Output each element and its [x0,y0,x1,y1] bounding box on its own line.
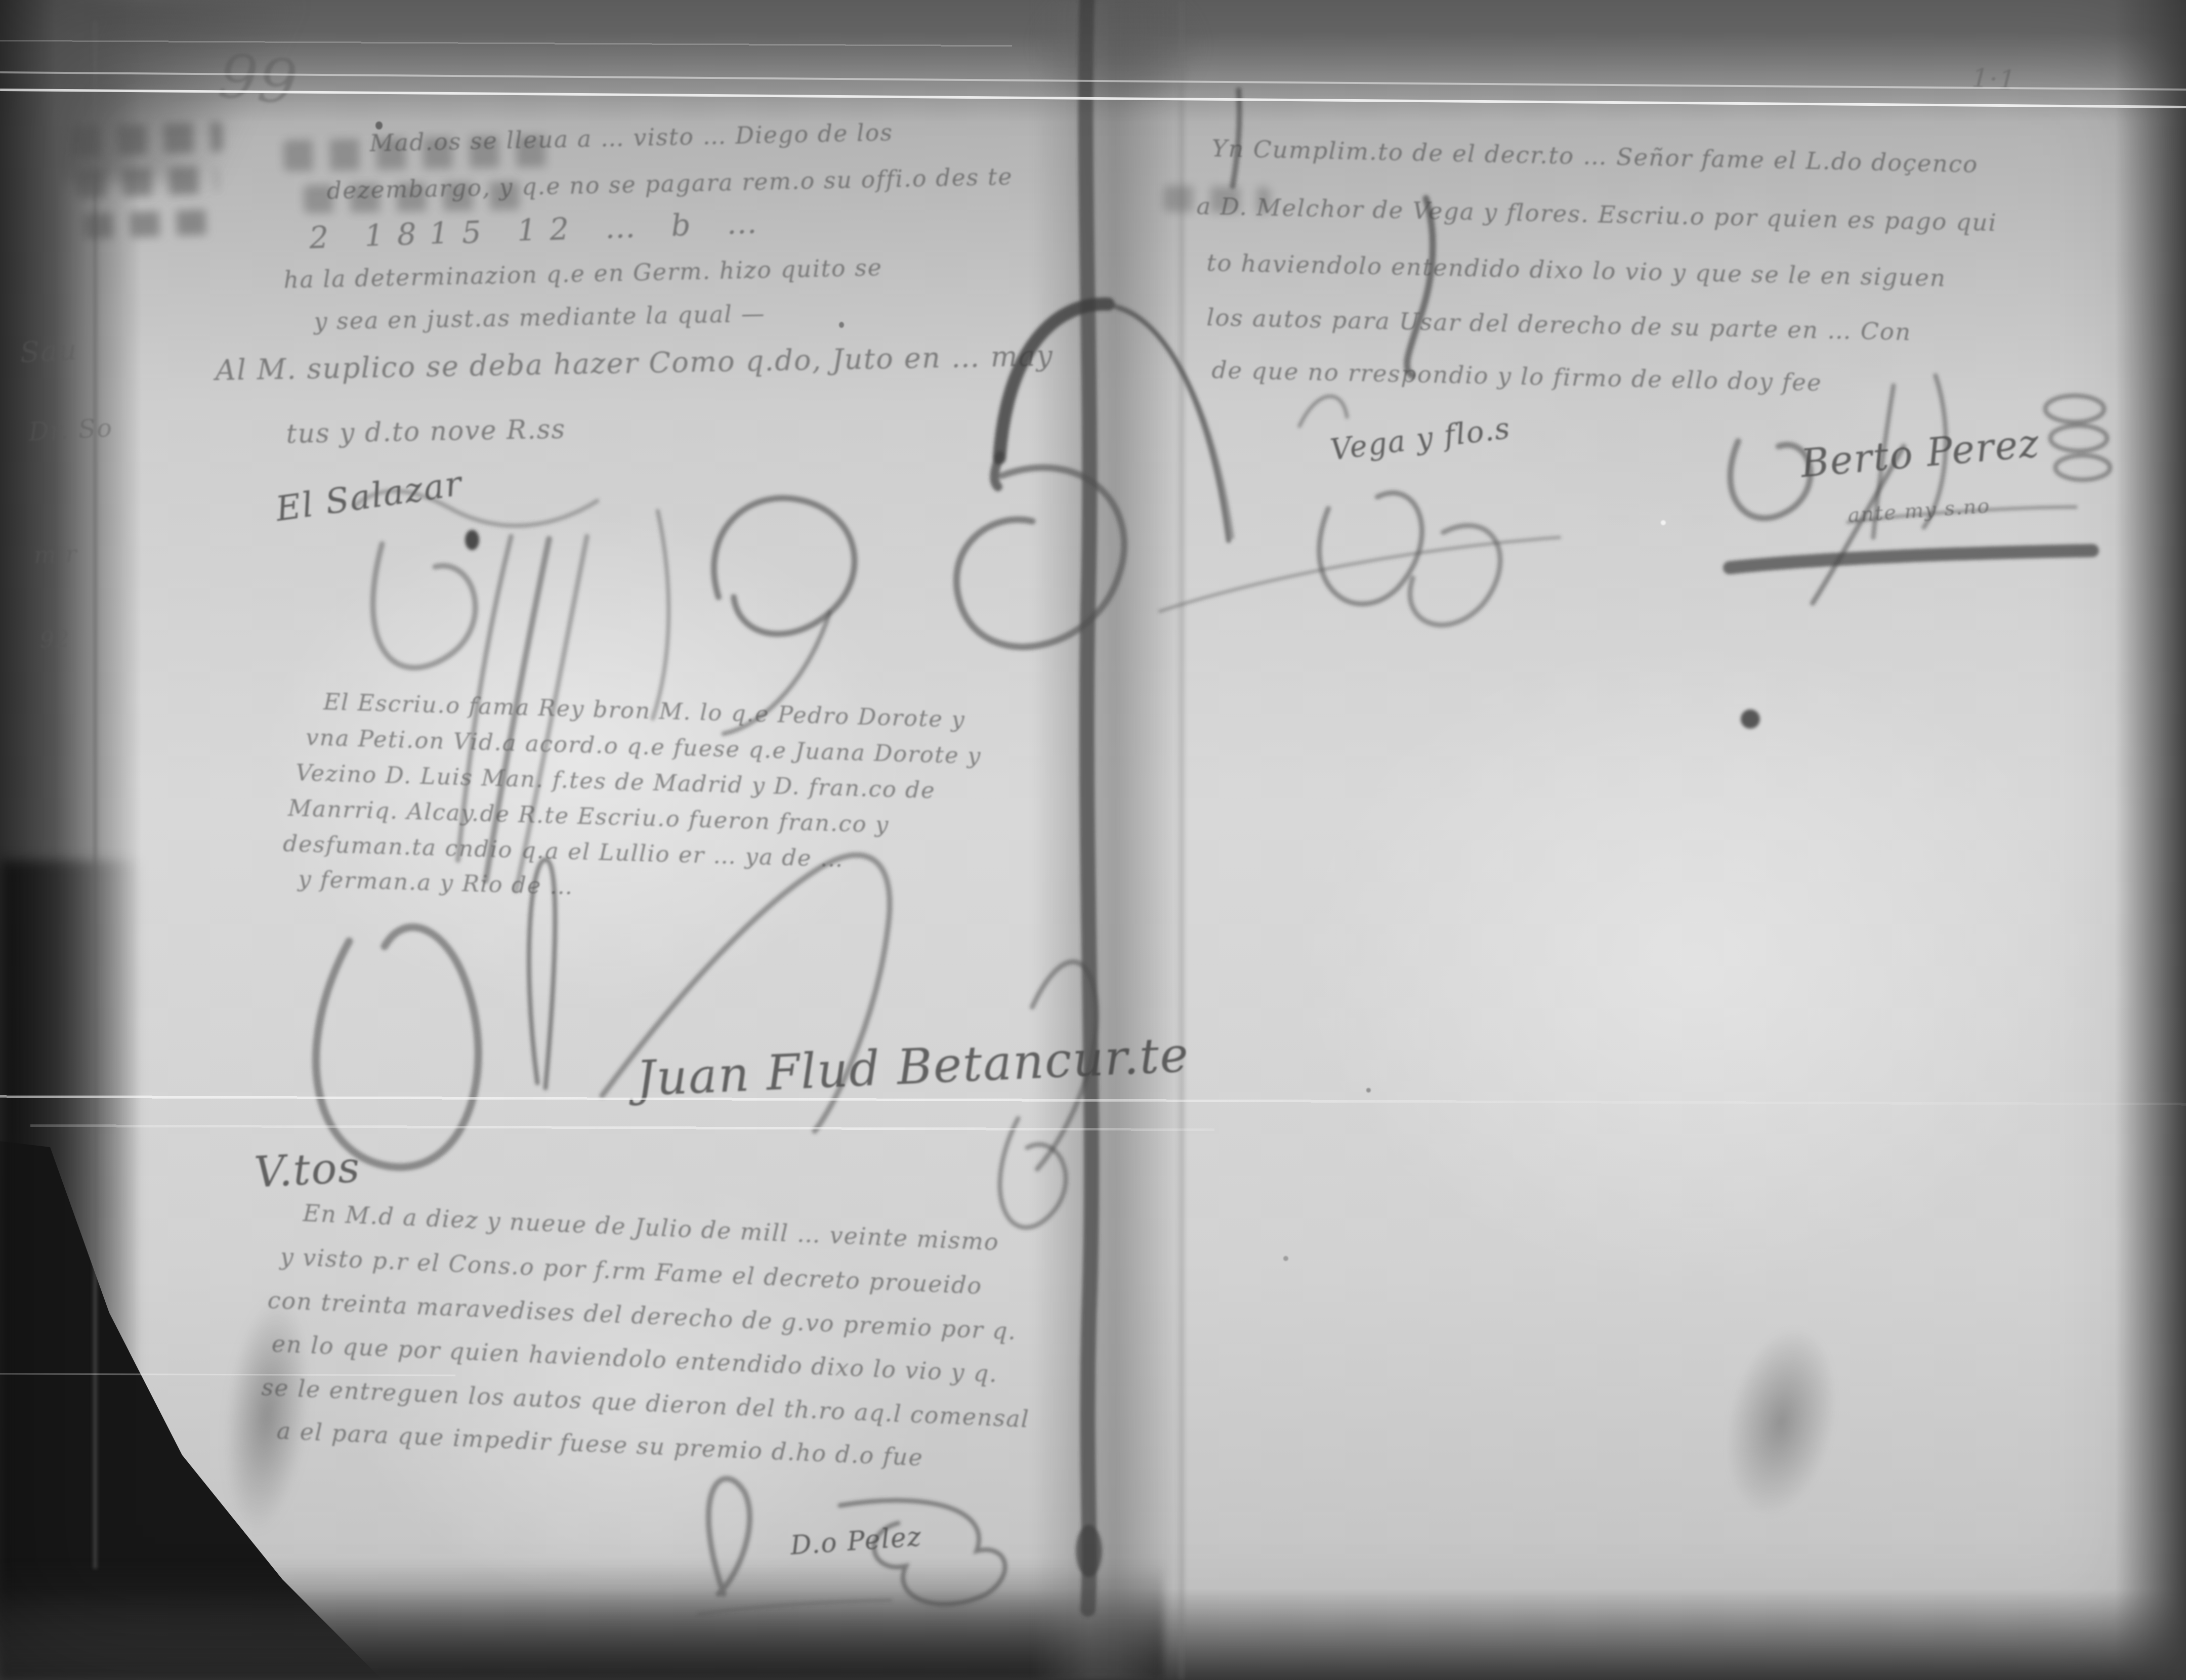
manuscript-line: ha la determinazion q.e en Germ. hizo qu… [283,254,882,293]
manuscript-line: to haviendolo entendido dixo lo vio y qu… [1206,249,1947,292]
manuscript-line: El Escriu.o fama Rey bron M. lo q.e Pedr… [323,688,966,733]
manuscript-line: de que no rrespondio y lo firmo de ello … [1211,356,1823,397]
bottom-book-edge-shadow [0,1589,2186,1680]
manuscript-line: a el para que impedir fuese su premio d.… [276,1417,924,1472]
print-show-through-mark [1164,185,1271,214]
film-scratch [0,1373,455,1376]
top-book-edge-shadow [0,0,2186,121]
arch-stroke [999,304,1108,458]
print-show-through-mark [75,165,218,198]
bold-descender [1233,90,1239,186]
film-scratch [0,1095,2186,1105]
salazar-flourish [458,536,511,860]
gutter-cord-knot [1076,1525,1102,1577]
vega-flourish [1160,537,1560,611]
bottom-left-dark-corner [0,1088,455,1680]
signature-perez: Berto Perez [1799,421,2042,486]
ink-stain [1709,1317,1853,1527]
manuscript-line: En M.d a diez y nueue de Julio de mill …… [303,1199,1000,1256]
perez-coil [2055,455,2110,480]
bottom-left-edge-shadow [0,1548,1164,1680]
margin-note-line: m r [33,540,78,569]
right-book-edge [2115,0,2186,1680]
betancourt-flourish [1032,962,1097,1169]
ink-spot [1741,709,1760,729]
perez-flourish [1873,386,1894,537]
manuscript-line: a D. Melchor de Vega y flores. Escriu.o … [1196,192,1997,237]
center-signature-flourish [714,498,855,634]
film-scratch [0,89,2186,108]
right-page: 1·1 Yn Cumplim.to de el decr.to … Señor … [0,0,2186,1680]
left-page: 99 Sau Dr. So m r 92 Mad.os se lleua a …… [0,0,2186,1680]
photo-vignette [0,0,2186,1680]
top-left-corner-shadow [0,0,385,182]
right-page-fold-line [1179,0,1184,1680]
manuscript-photo: 99 Sau Dr. So m r 92 Mad.os se lleua a …… [0,0,2186,1680]
vega-flourish [1299,396,1347,426]
print-show-through-mark [283,135,557,171]
signature-bottom: D.o Pelez [789,1522,923,1561]
arch-stroke [994,455,1000,487]
print-show-through-mark [83,209,211,239]
betancourt-flourish [1000,1118,1066,1228]
signature-perez-note: ante my s.no [1847,494,1991,527]
speck [1366,1088,1371,1093]
film-scratch [0,40,1012,47]
salazar-flourish [486,539,549,880]
ink-blob [465,530,479,550]
corner-mark: 99 [215,40,301,119]
manuscript-line: y sea en just.as mediante la qual — [314,300,766,335]
betancourt-flourish [316,927,479,1167]
center-signature-flourish [724,612,830,734]
speck [375,121,383,130]
gutter-top-shadow [1032,0,1204,111]
manuscript-line: los autos para Usar del derecho de su pa… [1206,304,1912,346]
perez-flourish [1813,446,1904,603]
center-signature-flourish [956,468,1124,647]
manuscript-line: dezembargo, y q.e no se pagara rem.o su … [326,163,1013,204]
paper-base [0,0,2186,1680]
betancourt-flourish [529,860,555,1088]
speck [839,322,844,328]
print-show-through-mark [304,181,522,213]
manuscript-line: se le entreguen los autos que dieron del… [261,1373,1030,1433]
signature-betancourt: Juan Flud Betancur.te [635,1027,1191,1107]
auto-heading: V.tos [253,1142,362,1197]
ink-flourishes [0,0,2186,1680]
margin-note-line: 92 [39,626,71,653]
perez-coil [2050,426,2107,451]
arch-stroke [1111,306,1229,540]
left-book-edge [0,0,142,1680]
film-scratch [0,71,2186,91]
page-mark: 1·1 [1971,63,2017,96]
bottom-rubric [840,1500,1005,1604]
left-book-edge-dark [0,860,167,1680]
smudge-stain [215,1292,320,1537]
margin-note-line: Sau [19,333,78,369]
bottom-rubric [708,1479,749,1594]
arch-stroke [1118,309,1233,537]
manuscript-line: Vezino D. Luis Man. f.tes de Madrid y D.… [296,759,936,804]
print-show-through-mark [70,121,223,157]
white-speck [707,1066,713,1073]
perez-coil [2045,396,2104,422]
perez-flourish [1848,507,2076,522]
speck [1283,1256,1288,1261]
perez-flourish [1924,375,1946,527]
left-page-fold-line [93,20,97,1569]
bottom-rubric [698,1600,891,1614]
manuscript-line: desfuman.ta cndio q.a el Lullio er … ya … [283,830,845,872]
gutter-cord [1085,0,1091,1609]
salazar-flourish [354,491,597,526]
center-signature-flourish [653,511,668,719]
vega-flourish [1410,526,1500,625]
manuscript-line: y visto p.r el Cons.o por f.rm Fame el d… [280,1243,983,1299]
salazar-flourish [516,536,587,891]
manuscript-line: Al M. suplico se deba hazer Como q.do, J… [215,340,1054,387]
salazar-flourish [373,544,475,667]
manuscript-line: Mad.os se lleua a … visto … Diego de los [369,118,893,157]
film-scratch [30,1124,1214,1131]
manuscript-line: y ferman.a y Rio de … [298,865,574,900]
signature-vega: Vega y flo.s [1328,410,1512,467]
manuscript-line: Manrriq. Alcay.de R.te Escriu.o fueron f… [288,794,890,838]
signature-salazar: El Salazar [273,464,465,529]
white-speck [1661,520,1666,525]
margin-note-line: Dr. So [28,413,113,447]
manuscript-line: con treinta maravedises del derecho de g… [267,1286,1018,1345]
manuscript-line: vna Peti.on Vid.a acord.o q.e fuese q.e … [306,724,982,769]
betancourt-flourish [602,855,890,1131]
bold-descender [1407,198,1433,375]
perez-flourish [1730,441,1810,518]
center-gutter-shadow [1032,0,1184,1680]
vega-flourish [1319,493,1422,604]
manuscript-line: Yn Cumplim.to de el decr.to … Señor fame… [1211,135,1979,179]
manuscript-line: 2 1815 12 … b … [309,204,771,256]
manuscript-line: tus y d.to nove R.ss [286,414,566,449]
manuscript-line: en lo que por quien haviendolo entendido… [271,1330,998,1388]
perez-strike [1730,551,2092,568]
